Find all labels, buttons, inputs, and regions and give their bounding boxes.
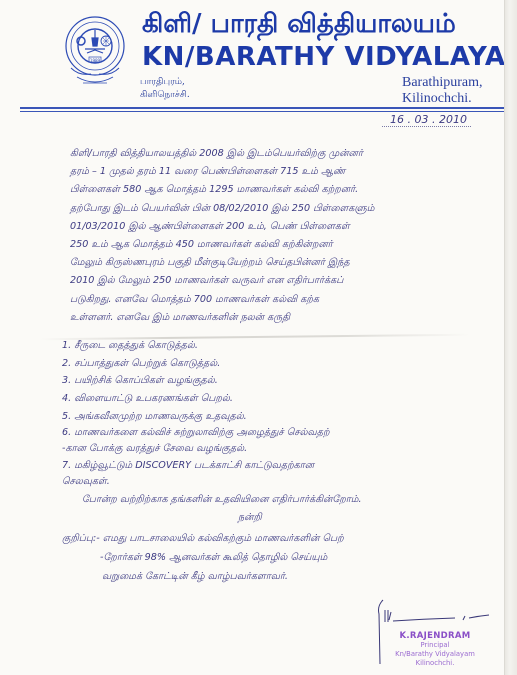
paragraph-line: தற்போது இடம் பெயர்வின் பின் 08/02/2010 இ… <box>70 203 375 215</box>
principal-place: Kilinochchi. <box>380 659 490 668</box>
letterhead-divider <box>20 111 505 112</box>
address-english-line: Barathipuram, <box>402 75 482 91</box>
scan-edge <box>504 0 517 675</box>
paragraph-line: பிள்ளைகள் 580 ஆக மொத்தம் 1295 மாணவர்கள் … <box>70 184 358 196</box>
paragraph-line: 2010 இல் மேலும் 250 மாணவர்கள் வருவர் என … <box>70 275 343 287</box>
principal-school: Kn/Barathy Vidyalayam <box>380 650 490 659</box>
needs-list-item: 3. பயிற்சிக் கொப்பிகள் வழங்குதல். <box>62 375 218 387</box>
svg-text:1989: 1989 <box>90 58 101 63</box>
needs-list-item: -கான போக்கு வரத்துச் சேவை வழங்குதல். <box>62 443 247 455</box>
address-english: Barathipuram, Kilinochchi. <box>402 75 482 107</box>
needs-list-item: செலவுகள். <box>62 476 110 488</box>
principal-name: K.RAJENDRAM <box>380 631 490 641</box>
address-tamil-line: பாரதிபுரம், <box>140 76 190 89</box>
note-line: -றோர்கள் 98% ஆனவர்கள் கூலித் தொழில் செய்… <box>100 552 327 564</box>
address-tamil-line: கிளிநொச்சி. <box>140 89 190 102</box>
principal-stamp: K.RAJENDRAM Principal Kn/Barathy Vidyala… <box>380 631 490 668</box>
needs-list-item: 7. மகிழ்வூட்டும் DISCOVERY படக்காட்சி கா… <box>62 460 314 472</box>
needs-list-item: 5. அங்கவீனமுற்ற மாணவருக்கு உதவுதல். <box>62 411 247 423</box>
paragraph-line: மேலும் கிருஸ்ணபுரம் பகுதி மீள்குடியேற்றம… <box>70 257 350 269</box>
letter-page: 1989 கிளி/ பாரதி வித்தியாலயம் KN/BARATHY… <box>0 0 505 675</box>
thanks-text: நன்றி <box>238 512 262 524</box>
request-line: போன்ற வற்றிற்காக தங்களின் உதவியினை எதிர்… <box>82 494 362 506</box>
school-name-english: KN/BARATHY VIDYALAYAM <box>142 42 517 72</box>
paragraph-line: கிளி/பாரதி வித்தியாலயத்தில் 2008 இல் இடம… <box>70 148 363 160</box>
address-english-line: Kilinochchi. <box>402 91 482 107</box>
note-line: குறிப்பு:- எமது பாடசாலையில் கல்விகற்கும்… <box>62 533 344 545</box>
paragraph-line: படுகிறது. எனவே மொத்தம் 700 மாணவர்கள் கல்… <box>70 294 319 306</box>
school-name-tamil: கிளி/ பாரதி வித்தியாலயம் <box>142 9 456 42</box>
needs-list-item: 6. மாணவர்களை கல்விச் சுற்றுலாவிற்கு அழைத… <box>62 427 329 439</box>
needs-list-item: 2. சப்பாத்துகள் பெற்றுக் கொடுத்தல். <box>62 358 220 370</box>
paragraph-line: உள்ளனர். எனவே இம் மாணவர்களின் நலன் கருதி <box>70 312 290 324</box>
principal-role: Principal <box>380 641 490 650</box>
paragraph-line: 250 உம் ஆக மொத்தம் 450 மாணவர்கள் கல்வி க… <box>70 239 333 251</box>
school-crest-icon: 1989 <box>63 13 127 91</box>
address-tamil: பாரதிபுரம், கிளிநொச்சி. <box>140 76 190 102</box>
note-line: வறுமைக் கோட்டின் கீழ் வாழ்பவர்களாவர். <box>102 571 288 583</box>
needs-list-item: 1. சீருடை தைத்துக் கொடுத்தல். <box>62 340 198 352</box>
paragraph-line: தரம் – 1 முதல் தரம் 11 வரை பெண்பிள்ளைகள்… <box>70 166 345 178</box>
letterhead-divider <box>20 107 505 109</box>
paragraph-line: 01/03/2010 இல் ஆண்பிள்ளைகள் 200 உம், பெண… <box>70 221 350 233</box>
letter-date: 16 . 03 . 2010 <box>382 113 471 127</box>
needs-list-item: 4. விளையாட்டு உபகரணங்கள் பெறல். <box>62 393 233 405</box>
